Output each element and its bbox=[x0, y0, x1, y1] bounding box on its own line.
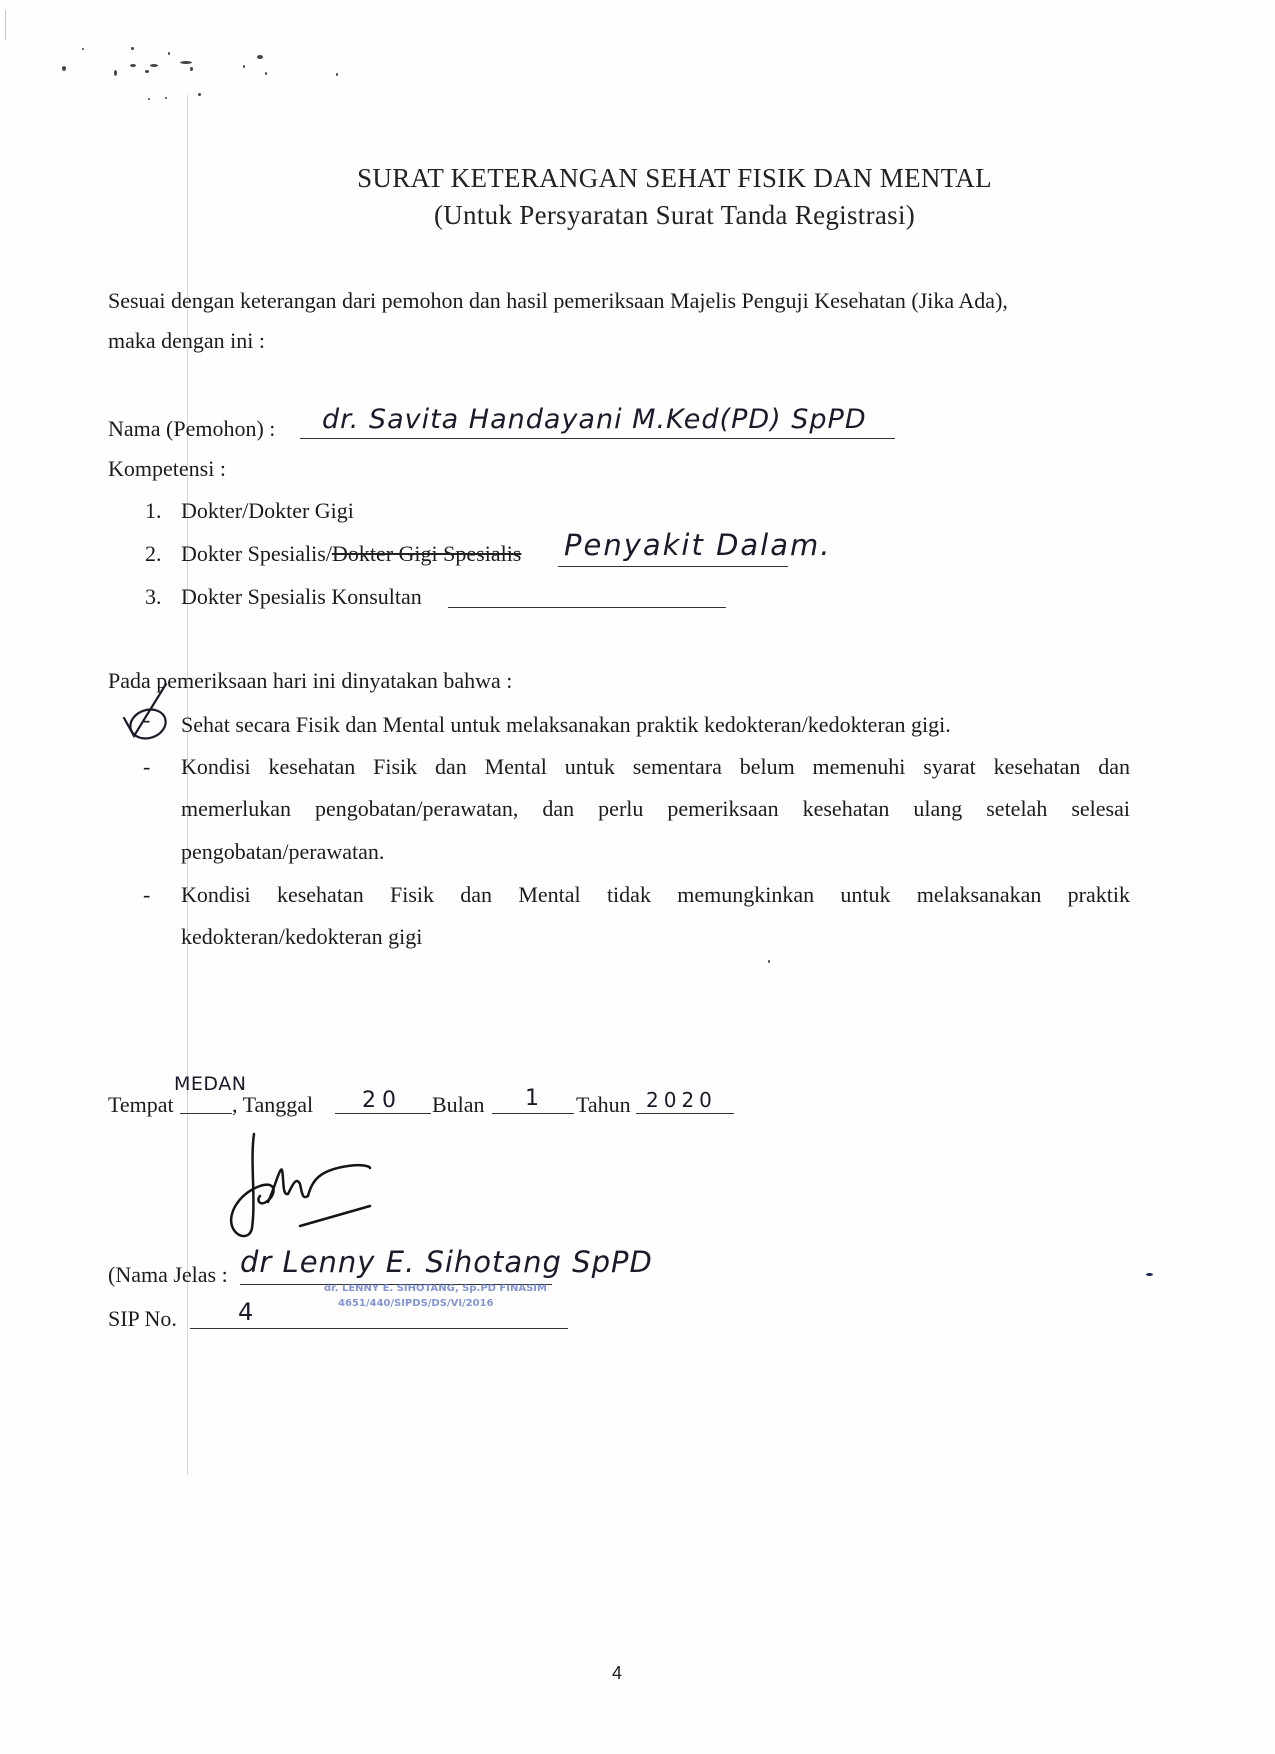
competence-item-1-text: Dokter/Dokter Gigi bbox=[181, 498, 354, 524]
competence-label: Kompetensi : bbox=[108, 456, 226, 482]
competence-item-3-text: Dokter Spesialis Konsultan bbox=[181, 584, 422, 610]
applicant-underline bbox=[300, 438, 895, 439]
name-clear-label: (Nama Jelas : bbox=[108, 1262, 228, 1288]
finding-option-2-line-2: memerlukan pengobatan/perawatan, dan per… bbox=[181, 796, 1130, 822]
place-label: Tempat bbox=[108, 1092, 174, 1118]
intro-line-1: Sesuai dengan keterangan dari pemohon da… bbox=[108, 288, 1008, 314]
finding-option-2-line-1: Kondisi kesehatan Fisik dan Mental untuk… bbox=[181, 754, 1130, 780]
sip-field[interactable]: 4 bbox=[238, 1298, 253, 1326]
consultant-underline[interactable] bbox=[448, 607, 726, 608]
finding-option-2-marker: - bbox=[143, 754, 150, 780]
competence-item-2-underline bbox=[558, 566, 788, 567]
competence-item-2-struck: Dokter Gigi Spesialis bbox=[332, 541, 521, 566]
date-label: , Tanggal bbox=[232, 1092, 313, 1118]
competence-item-3-number: 3. bbox=[145, 584, 162, 610]
page-number: 4 bbox=[612, 1663, 622, 1684]
competence-item-1-number: 1. bbox=[145, 498, 162, 524]
signature-image bbox=[220, 1130, 420, 1250]
intro-line-2: maka dengan ini : bbox=[108, 328, 265, 354]
document-subtitle: (Untuk Persyaratan Surat Tanda Registras… bbox=[37, 200, 1275, 231]
year-underline bbox=[636, 1113, 734, 1114]
month-label: Bulan bbox=[432, 1092, 485, 1118]
competence-item-2-text: Dokter Spesialis/ bbox=[181, 541, 332, 566]
finding-option-1-marker: - bbox=[143, 707, 150, 733]
applicant-name-field[interactable]: dr. Savita Handayani M.Ked(PD) SpPD bbox=[322, 404, 867, 435]
finding-option-3-line-2: kedokteran/kedokteran gigi bbox=[181, 924, 422, 950]
stamp-line-1: dr. LENNY E. SIHOTANG, Sp.PD FINASIM bbox=[324, 1283, 547, 1294]
date-field[interactable]: 20 bbox=[362, 1088, 402, 1113]
finding-option-1-text: Sehat secara Fisik dan Mental untuk mela… bbox=[181, 712, 951, 738]
check-circle-icon bbox=[116, 680, 186, 746]
competence-item-2-number: 2. bbox=[145, 541, 162, 567]
finding-option-2-line-3: pengobatan/perawatan. bbox=[181, 839, 384, 865]
month-field[interactable]: 1 bbox=[525, 1086, 539, 1111]
sip-label: SIP No. bbox=[108, 1306, 177, 1332]
stamp-line-2: 4651/440/SIPDS/DS/VI/2016 bbox=[338, 1298, 494, 1309]
name-clear-field[interactable]: dr Lenny E. Sihotang SpPD bbox=[240, 1245, 653, 1279]
document-title: SURAT KETERANGAN SEHAT FISIK DAN MENTAL bbox=[37, 163, 1275, 194]
month-underline bbox=[492, 1113, 574, 1114]
date-underline bbox=[335, 1113, 431, 1114]
year-field[interactable]: 2020 bbox=[646, 1088, 717, 1112]
finding-option-3-line-1: Kondisi kesehatan Fisik dan Mental tidak… bbox=[181, 882, 1130, 908]
year-label: Tahun bbox=[576, 1092, 631, 1118]
applicant-label: Nama (Pemohon) : bbox=[108, 416, 275, 442]
competence-specialty-field[interactable]: Penyakit Dalam. bbox=[564, 528, 831, 562]
document-page: SURAT KETERANGAN SEHAT FISIK DAN MENTAL … bbox=[0, 0, 1275, 1754]
scan-edge bbox=[5, 10, 6, 40]
sip-underline bbox=[190, 1328, 568, 1329]
finding-option-3-marker: - bbox=[143, 882, 150, 908]
competence-item-2: Dokter Spesialis/Dokter Gigi Spesialis bbox=[181, 541, 521, 567]
place-underline bbox=[180, 1113, 232, 1114]
